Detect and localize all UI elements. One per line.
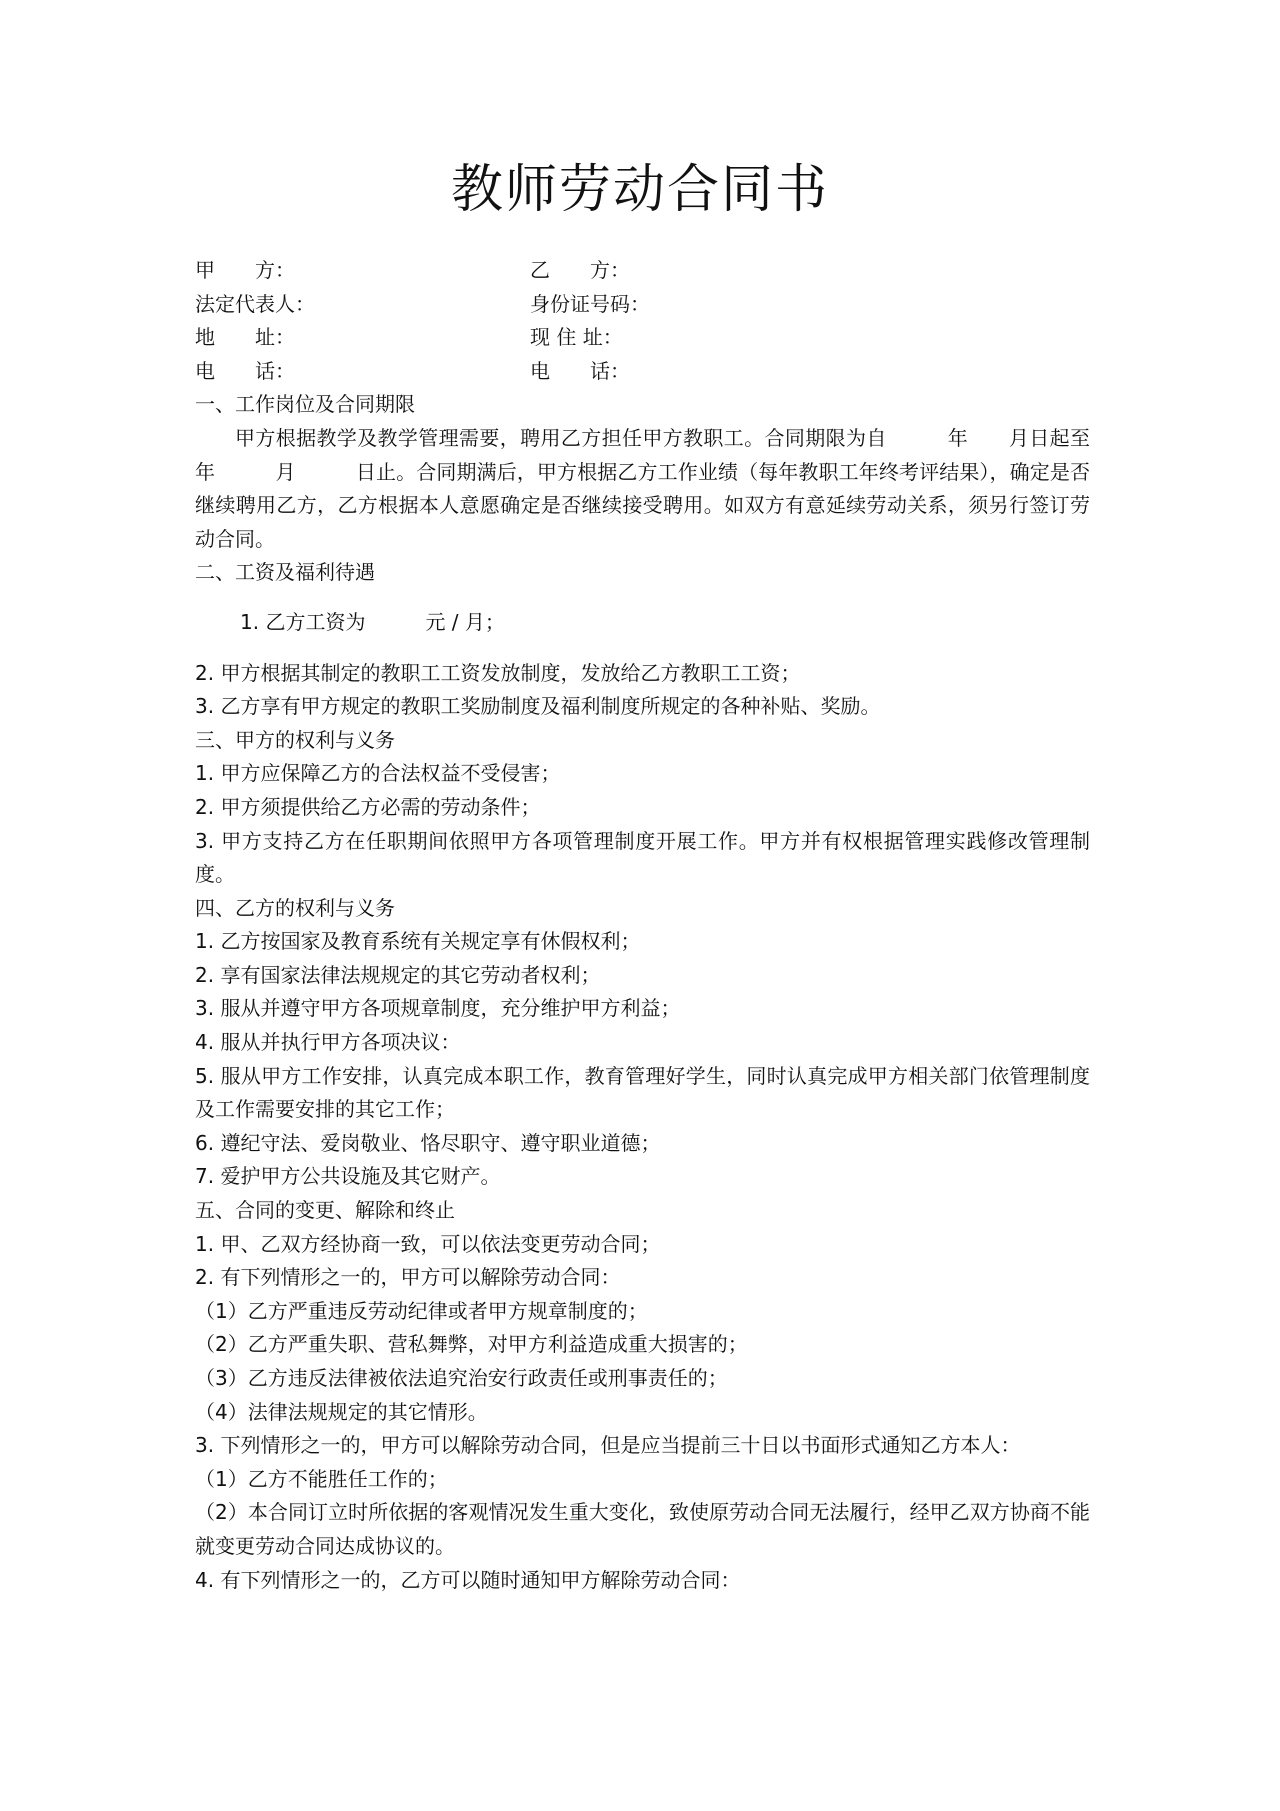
- salary-clause: 1. 乙方工资为 元 / 月；: [195, 606, 1090, 640]
- section-heading: 四、乙方的权利与义务: [195, 892, 1090, 926]
- phone-row: 电 话： 电 话：: [195, 355, 1090, 389]
- sub-clause-item: （2）本合同订立时所依据的客观情况发生重大变化，致使原劳动合同无法履行，经甲乙双…: [195, 1496, 1090, 1563]
- section-1: 一、工作岗位及合同期限 甲方根据教学及教学管理需要，聘用乙方担任甲方教职工。合同…: [195, 388, 1090, 556]
- party-b-label: 乙 方：: [530, 254, 865, 288]
- clause-item: 4. 服从并执行甲方各项决议：: [195, 1026, 1090, 1060]
- clause-item: 1. 甲方应保障乙方的合法权益不受侵害；: [195, 757, 1090, 791]
- clause-item: 3. 下列情形之一的，甲方可以解除劳动合同，但是应当提前三十日以书面形式通知乙方…: [195, 1429, 1090, 1463]
- section-heading: 五、合同的变更、解除和终止: [195, 1194, 1090, 1228]
- address-row: 地 址： 现 住 址：: [195, 321, 1090, 355]
- clause-item: 3. 乙方享有甲方规定的教职工奖励制度及福利制度所规定的各种补贴、奖励。: [195, 690, 1090, 724]
- id-number-label: 身份证号码：: [530, 288, 865, 322]
- sub-clause-item: （2）乙方严重失职、营私舞弊，对甲方利益造成重大损害的；: [195, 1328, 1090, 1362]
- party-row: 甲 方： 乙 方：: [195, 254, 1090, 288]
- section-2: 二、工资及福利待遇 1. 乙方工资为 元 / 月； 2. 甲方根据其制定的教职工…: [195, 556, 1090, 723]
- clause-item: 1. 甲、乙双方经协商一致，可以依法变更劳动合同；: [195, 1228, 1090, 1262]
- section-paragraph: 甲方根据教学及教学管理需要，聘用乙方担任甲方教职工。合同期限为自 年 月日起至 …: [195, 422, 1090, 556]
- section-heading: 一、工作岗位及合同期限: [195, 388, 1090, 422]
- section-heading: 二、工资及福利待遇: [195, 556, 1090, 590]
- clause-item: 2. 甲方须提供给乙方必需的劳动条件；: [195, 791, 1090, 825]
- sub-clause-item: （1）乙方不能胜任工作的；: [195, 1463, 1090, 1497]
- current-address-label: 现 住 址：: [530, 321, 865, 355]
- party-a-label: 甲 方：: [195, 254, 530, 288]
- document-title: 教师劳动合同书: [0, 158, 1280, 222]
- clause-item: 5. 服从甲方工作安排，认真完成本职工作，教育管理好学生，同时认真完成甲方相关部…: [195, 1060, 1090, 1127]
- section-4: 四、乙方的权利与义务 1. 乙方按国家及教育系统有关规定享有休假权利； 2. 享…: [195, 892, 1090, 1194]
- clause-item: 2. 有下列情形之一的，甲方可以解除劳动合同：: [195, 1261, 1090, 1295]
- clause-item: 3. 服从并遵守甲方各项规章制度，充分维护甲方利益；: [195, 992, 1090, 1026]
- clause-item: 3. 甲方支持乙方在任职期间依照甲方各项管理制度开展工作。甲方并有权根据管理实践…: [195, 825, 1090, 892]
- address-label: 地 址：: [195, 321, 530, 355]
- party-b-phone-label: 电 话：: [530, 355, 865, 389]
- legal-rep-label: 法定代表人：: [195, 288, 530, 322]
- clause-item: 2. 甲方根据其制定的教职工工资发放制度，发放给乙方教职工工资；: [195, 657, 1090, 691]
- clause-item: 2. 享有国家法律法规规定的其它劳动者权利；: [195, 959, 1090, 993]
- clause-item: 7. 爱护甲方公共设施及其它财产。: [195, 1160, 1090, 1194]
- sub-clause-item: （4）法律法规规定的其它情形。: [195, 1396, 1090, 1430]
- party-a-phone-label: 电 话：: [195, 355, 530, 389]
- clause-item: 6. 遵纪守法、爱岗敬业、恪尽职守、遵守职业道德；: [195, 1127, 1090, 1161]
- document-page: 教师劳动合同书 甲 方： 乙 方： 法定代表人： 身份证号码： 地 址： 现 住…: [0, 0, 1280, 1811]
- sub-clause-item: （1）乙方严重违反劳动纪律或者甲方规章制度的；: [195, 1295, 1090, 1329]
- section-3: 三、甲方的权利与义务 1. 甲方应保障乙方的合法权益不受侵害； 2. 甲方须提供…: [195, 724, 1090, 892]
- section-5: 五、合同的变更、解除和终止 1. 甲、乙双方经协商一致，可以依法变更劳动合同； …: [195, 1194, 1090, 1597]
- parties-block: 甲 方： 乙 方： 法定代表人： 身份证号码： 地 址： 现 住 址： 电 话：…: [195, 254, 1090, 388]
- clause-item: 4. 有下列情形之一的，乙方可以随时通知甲方解除劳动合同：: [195, 1564, 1090, 1598]
- representative-row: 法定代表人： 身份证号码：: [195, 288, 1090, 322]
- clause-item: 1. 乙方按国家及教育系统有关规定享有休假权利；: [195, 925, 1090, 959]
- document-body: 甲 方： 乙 方： 法定代表人： 身份证号码： 地 址： 现 住 址： 电 话：…: [195, 254, 1090, 1597]
- section-heading: 三、甲方的权利与义务: [195, 724, 1090, 758]
- sub-clause-item: （3）乙方违反法律被依法追究治安行政责任或刑事责任的；: [195, 1362, 1090, 1396]
